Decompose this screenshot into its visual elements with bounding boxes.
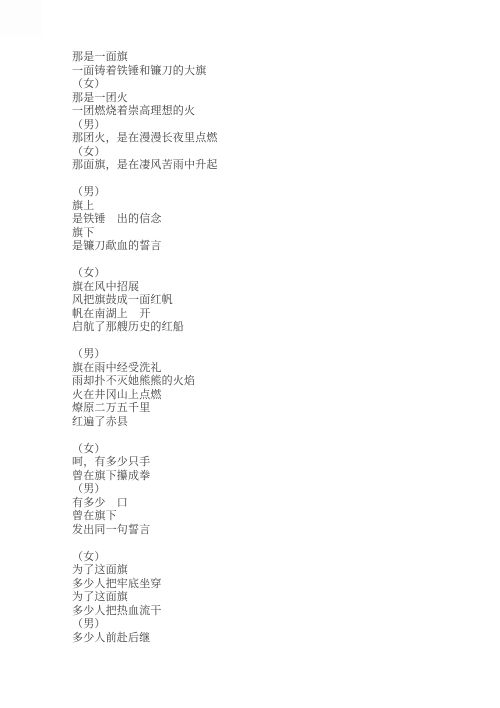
poem-line: 燎原二万五千里	[72, 401, 472, 415]
poem-line: 曾在旗下	[72, 509, 472, 523]
voice-marker: （女）	[72, 266, 472, 280]
scan-artifact	[0, 0, 42, 36]
voice-marker: （男）	[72, 617, 472, 631]
poem-line: 火在井冈山上点燃	[72, 388, 472, 402]
stanza: （男）旗在雨中经受洗礼雨却扑不灭她熊熊的火焰火在井冈山上点燃燎原二万五千里红遍了…	[72, 347, 472, 428]
stanza: （女）呵，有多少只手曾在旗下攥成拳（男）有多少 口曾在旗下发出同一句誓言	[72, 442, 472, 537]
document-page: 那是一面旗一面铸着铁锤和镰刀的大旗（女）那是一团火一团燃烧着崇高理想的火（男）那…	[0, 0, 500, 708]
poem-line: 一团燃烧着崇高理想的火	[72, 104, 472, 118]
poem-line: 有多少 口	[72, 496, 472, 510]
poem-line: 那面旗，是在凄风苦雨中升起	[72, 158, 472, 172]
poem-line: 启航了那艘历史的红船	[72, 320, 472, 334]
poem-line: 为了这面旗	[72, 563, 472, 577]
poem-line: 多少人把热血流干	[72, 604, 472, 618]
voice-marker: （男）	[72, 118, 472, 132]
voice-marker: （女）	[72, 145, 472, 159]
poem-line: 是铁锤 出的信念	[72, 212, 472, 226]
poem-line: 发出同一句誓言	[72, 523, 472, 537]
stanza: 那是一面旗一面铸着铁锤和镰刀的大旗（女）那是一团火一团燃烧着崇高理想的火（男）那…	[72, 50, 472, 172]
poem-line: 帆在南湖上 开	[72, 307, 472, 321]
poem-line: 那团火，是在漫漫长夜里点燃	[72, 131, 472, 145]
poem-line: 旗下	[72, 226, 472, 240]
poem-line: 旗在雨中经受洗礼	[72, 361, 472, 375]
stanza: （女）旗在风中招展风把旗鼓成一面红帆帆在南湖上 开启航了那艘历史的红船	[72, 266, 472, 334]
poem-line: 曾在旗下攥成拳	[72, 469, 472, 483]
poem-line: 风把旗鼓成一面红帆	[72, 293, 472, 307]
poem-line: 多少人前赴后继	[72, 631, 472, 645]
voice-marker: （女）	[72, 77, 472, 91]
voice-marker: （女）	[72, 442, 472, 456]
poem-line: 旗上	[72, 199, 472, 213]
poem-line: 雨却扑不灭她熊熊的火焰	[72, 374, 472, 388]
poem-text: 那是一面旗一面铸着铁锤和镰刀的大旗（女）那是一团火一团燃烧着崇高理想的火（男）那…	[72, 50, 472, 658]
poem-line: 旗在风中招展	[72, 280, 472, 294]
poem-line: 是镰刀歃血的誓言	[72, 239, 472, 253]
poem-line: 那是一面旗	[72, 50, 472, 64]
stanza: （男）旗上是铁锤 出的信念旗下是镰刀歃血的誓言	[72, 185, 472, 253]
voice-marker: （男）	[72, 347, 472, 361]
poem-line: 一面铸着铁锤和镰刀的大旗	[72, 64, 472, 78]
poem-line: 那是一团火	[72, 91, 472, 105]
voice-marker: （男）	[72, 482, 472, 496]
voice-marker: （女）	[72, 550, 472, 564]
stanza: （女）为了这面旗多少人把牢底坐穿为了这面旗多少人把热血流干（男）多少人前赴后继	[72, 550, 472, 645]
poem-line: 为了这面旗	[72, 590, 472, 604]
poem-line: 多少人把牢底坐穿	[72, 577, 472, 591]
voice-marker: （男）	[72, 185, 472, 199]
poem-line: 红遍了赤县	[72, 415, 472, 429]
poem-line: 呵，有多少只手	[72, 455, 472, 469]
